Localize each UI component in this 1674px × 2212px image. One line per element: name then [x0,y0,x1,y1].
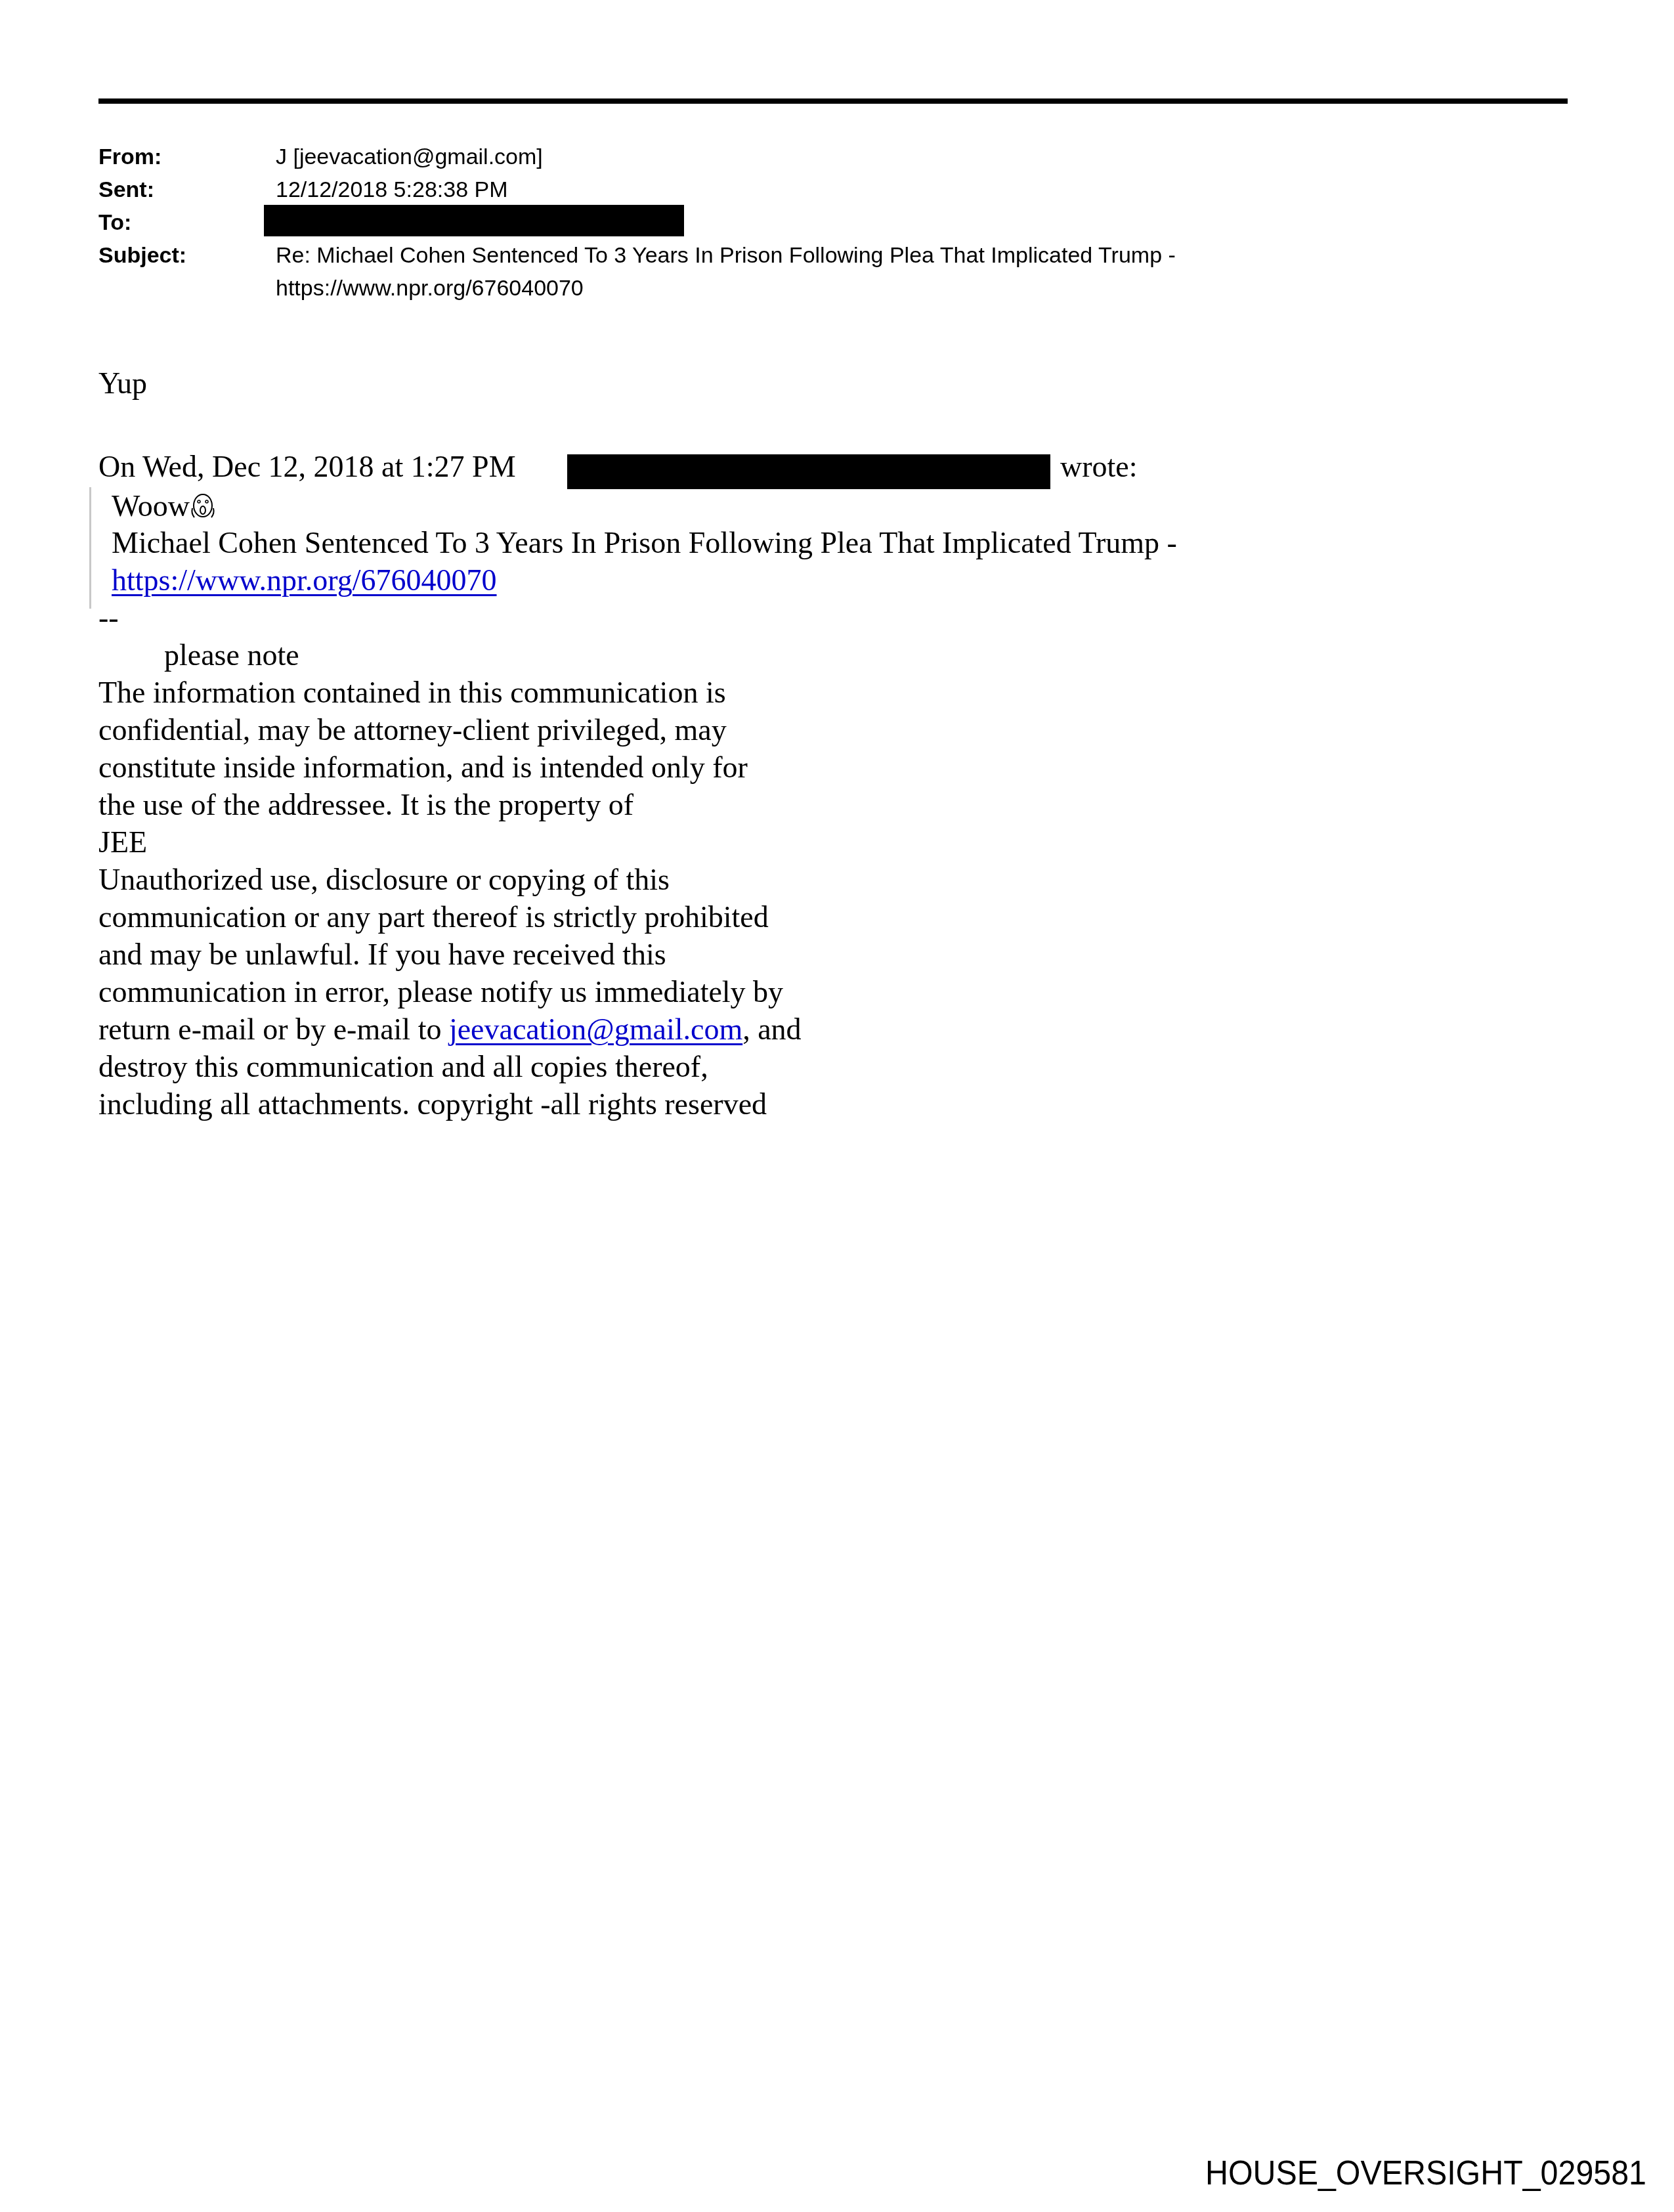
quoted-subject: Michael Cohen Sentenced To 3 Years In Pr… [112,524,1177,561]
reply-text: Yup [98,364,147,402]
disclaimer-line: constitute inside information, and is in… [98,748,748,786]
quote-bar [89,487,91,609]
disclaimer-line: JEE [98,823,147,861]
quote-intro: On Wed, Dec 12, 2018 at 1:27 PM [98,448,516,485]
disclaimer-email-suffix: , and [742,1012,801,1046]
disclaimer-line: confidential, may be attorney-client pri… [98,711,727,748]
subject-value-line2: https://www.npr.org/676040070 [276,272,584,305]
disclaimer-line: the use of the addressee. It is the prop… [98,786,633,823]
quoted-woow-text: Woow [112,489,190,523]
please-note: please note [164,636,299,674]
quoted-link-line: https://www.npr.org/676040070 [112,561,497,599]
header-rule [98,98,1568,104]
disclaimer-line: Unauthorized use, disclosure or copying … [98,861,670,898]
disclaimer-email-prefix: return e-mail or by e-mail to [98,1012,441,1046]
to-redaction [264,205,684,236]
from-label: From: [98,141,161,173]
disclaimer-email-line: return e-mail or by e-mail to jeevacatio… [98,1010,802,1048]
from-value: J [jeevacation@gmail.com] [276,141,543,173]
quote-intro-suffix: wrote: [1060,448,1138,485]
bates-number: HOUSE_OVERSIGHT_029581 [1205,2154,1646,2193]
disclaimer-line: communication or any part thereof is str… [98,898,769,936]
sender-redaction [567,454,1050,489]
sent-label: Sent: [98,173,154,206]
disclaimer-email-link[interactable]: jeevacation@gmail.com [449,1012,742,1046]
disclaimer-line: communication in error, please notify us… [98,973,783,1010]
subject-value-line1: Re: Michael Cohen Sentenced To 3 Years I… [276,239,1176,272]
disclaimer-tail-line: destroy this communication and all copie… [98,1048,708,1085]
disclaimer-tail-line: including all attachments. copyright -al… [98,1085,767,1123]
signature-separator: -- [98,599,119,636]
screaming-face-emoji-icon [190,491,216,520]
quote-intro-prefix: On Wed, Dec 12, 2018 at 1:27 PM [98,450,516,483]
quoted-link[interactable]: https://www.npr.org/676040070 [112,563,497,597]
to-label: To: [98,206,131,239]
disclaimer-line: The information contained in this commun… [98,674,726,711]
disclaimer-line: and may be unlawful. If you have receive… [98,936,666,973]
quoted-line-woow: Woow [112,487,216,525]
sent-value: 12/12/2018 5:28:38 PM [276,173,508,206]
subject-label: Subject: [98,239,186,272]
